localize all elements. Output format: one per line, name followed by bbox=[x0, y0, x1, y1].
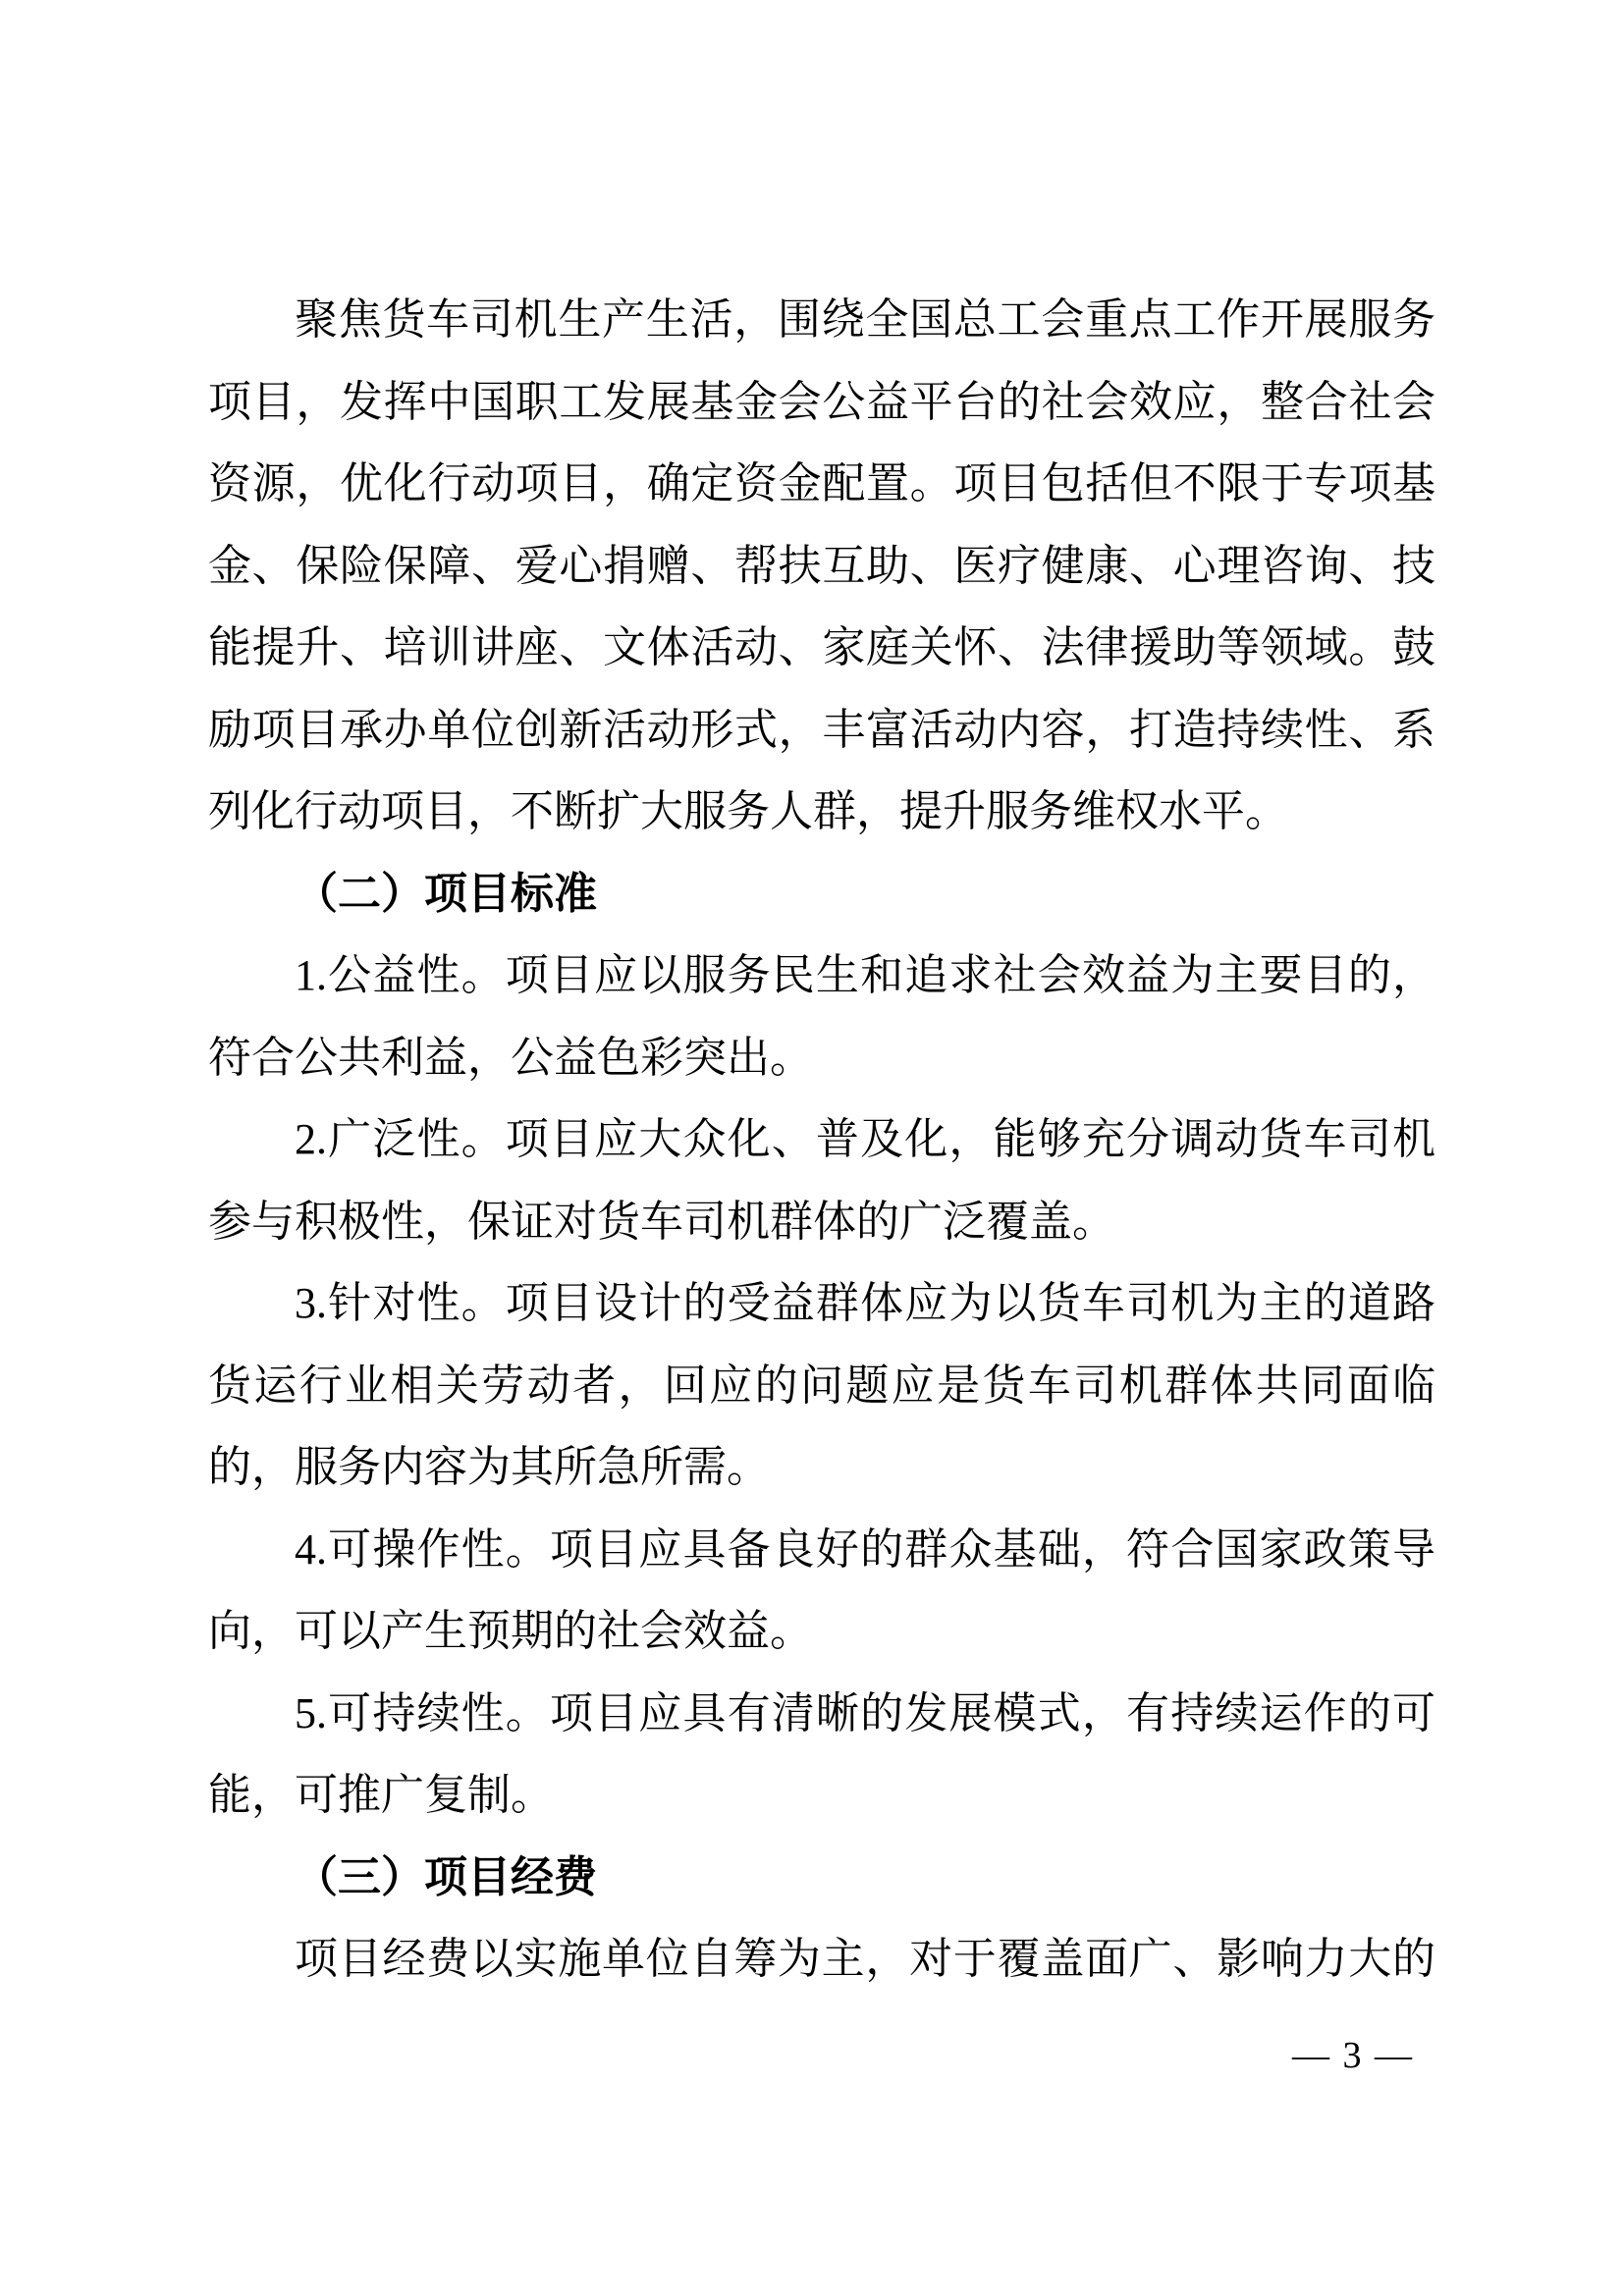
text-line: 聚焦货车司机生产生活，围绕全国总工会重点工作开展服务 bbox=[208, 279, 1435, 361]
text-line: 1.公益性。项目应以服务民生和追求社会效益为主要目的， bbox=[208, 934, 1435, 1017]
text-line: 参与积极性，保证对货车司机群体的广泛覆盖。 bbox=[208, 1181, 1435, 1263]
paragraph-item-2: 2.广泛性。项目应大众化、普及化，能够充分调动货车司机 参与积极性，保证对货车司… bbox=[208, 1098, 1435, 1262]
section-heading-project-funding: （三）项目经费 bbox=[208, 1837, 1435, 1919]
text-line: 3.针对性。项目设计的受益群体应为以货车司机为主的道路 bbox=[208, 1262, 1435, 1345]
heading-text: （二）项目标准 bbox=[208, 853, 1435, 935]
text-line: 列化行动项目，不断扩大服务人群，提升服务维权水平。 bbox=[208, 771, 1435, 853]
text-line: 4.可操作性。项目应具备良好的群众基础，符合国家政策导 bbox=[208, 1509, 1435, 1591]
text-line: 货运行业相关劳动者，回应的问题应是货车司机群体共同面临 bbox=[208, 1345, 1435, 1427]
text-line: 金、保险保障、爱心捐赠、帮扶互助、医疗健康、心理咨询、技 bbox=[208, 525, 1435, 608]
paragraph-funding: 项目经费以实施单位自筹为主，对于覆盖面广、影响力大的 bbox=[208, 1918, 1435, 2001]
page-number: — 3 — bbox=[1292, 2034, 1414, 2077]
paragraph-item-4: 4.可操作性。项目应具备良好的群众基础，符合国家政策导 向，可以产生预期的社会效… bbox=[208, 1509, 1435, 1673]
heading-text: （三）项目经费 bbox=[208, 1837, 1435, 1919]
paragraph-item-5: 5.可持续性。项目应具有清晰的发展模式，有持续运作的可 能，可推广复制。 bbox=[208, 1673, 1435, 1837]
paragraph-item-1: 1.公益性。项目应以服务民生和追求社会效益为主要目的， 符合公共利益，公益色彩突… bbox=[208, 934, 1435, 1098]
text-line: 能提升、培训讲座、文体活动、家庭关怀、法律援助等领域。鼓 bbox=[208, 607, 1435, 689]
paragraph-intro: 聚焦货车司机生产生活，围绕全国总工会重点工作开展服务 项目，发挥中国职工发展基金… bbox=[208, 279, 1435, 853]
text-line: 向，可以产生预期的社会效益。 bbox=[208, 1590, 1435, 1673]
text-line: 5.可持续性。项目应具有清晰的发展模式，有持续运作的可 bbox=[208, 1673, 1435, 1755]
text-line: 能，可推广复制。 bbox=[208, 1754, 1435, 1837]
paragraph-item-3: 3.针对性。项目设计的受益群体应为以货车司机为主的道路 货运行业相关劳动者，回应… bbox=[208, 1262, 1435, 1509]
text-line: 资源，优化行动项目，确定资金配置。项目包括但不限于专项基 bbox=[208, 443, 1435, 525]
text-line: 2.广泛性。项目应大众化、普及化，能够充分调动货车司机 bbox=[208, 1098, 1435, 1181]
document-body: 聚焦货车司机生产生活，围绕全国总工会重点工作开展服务 项目，发挥中国职工发展基金… bbox=[208, 279, 1435, 2001]
text-line: 项目，发挥中国职工发展基金会公益平台的社会效应，整合社会 bbox=[208, 361, 1435, 444]
text-line: 符合公共利益，公益色彩突出。 bbox=[208, 1017, 1435, 1099]
text-line: 励项目承办单位创新活动形式，丰富活动内容，打造持续性、系 bbox=[208, 689, 1435, 772]
section-heading-project-standards: （二）项目标准 bbox=[208, 853, 1435, 935]
text-line: 的，服务内容为其所急所需。 bbox=[208, 1426, 1435, 1509]
text-line: 项目经费以实施单位自筹为主，对于覆盖面广、影响力大的 bbox=[208, 1918, 1435, 2001]
document-page: 聚焦货车司机生产生活，围绕全国总工会重点工作开展服务 项目，发挥中国职工发展基金… bbox=[0, 0, 1624, 2296]
